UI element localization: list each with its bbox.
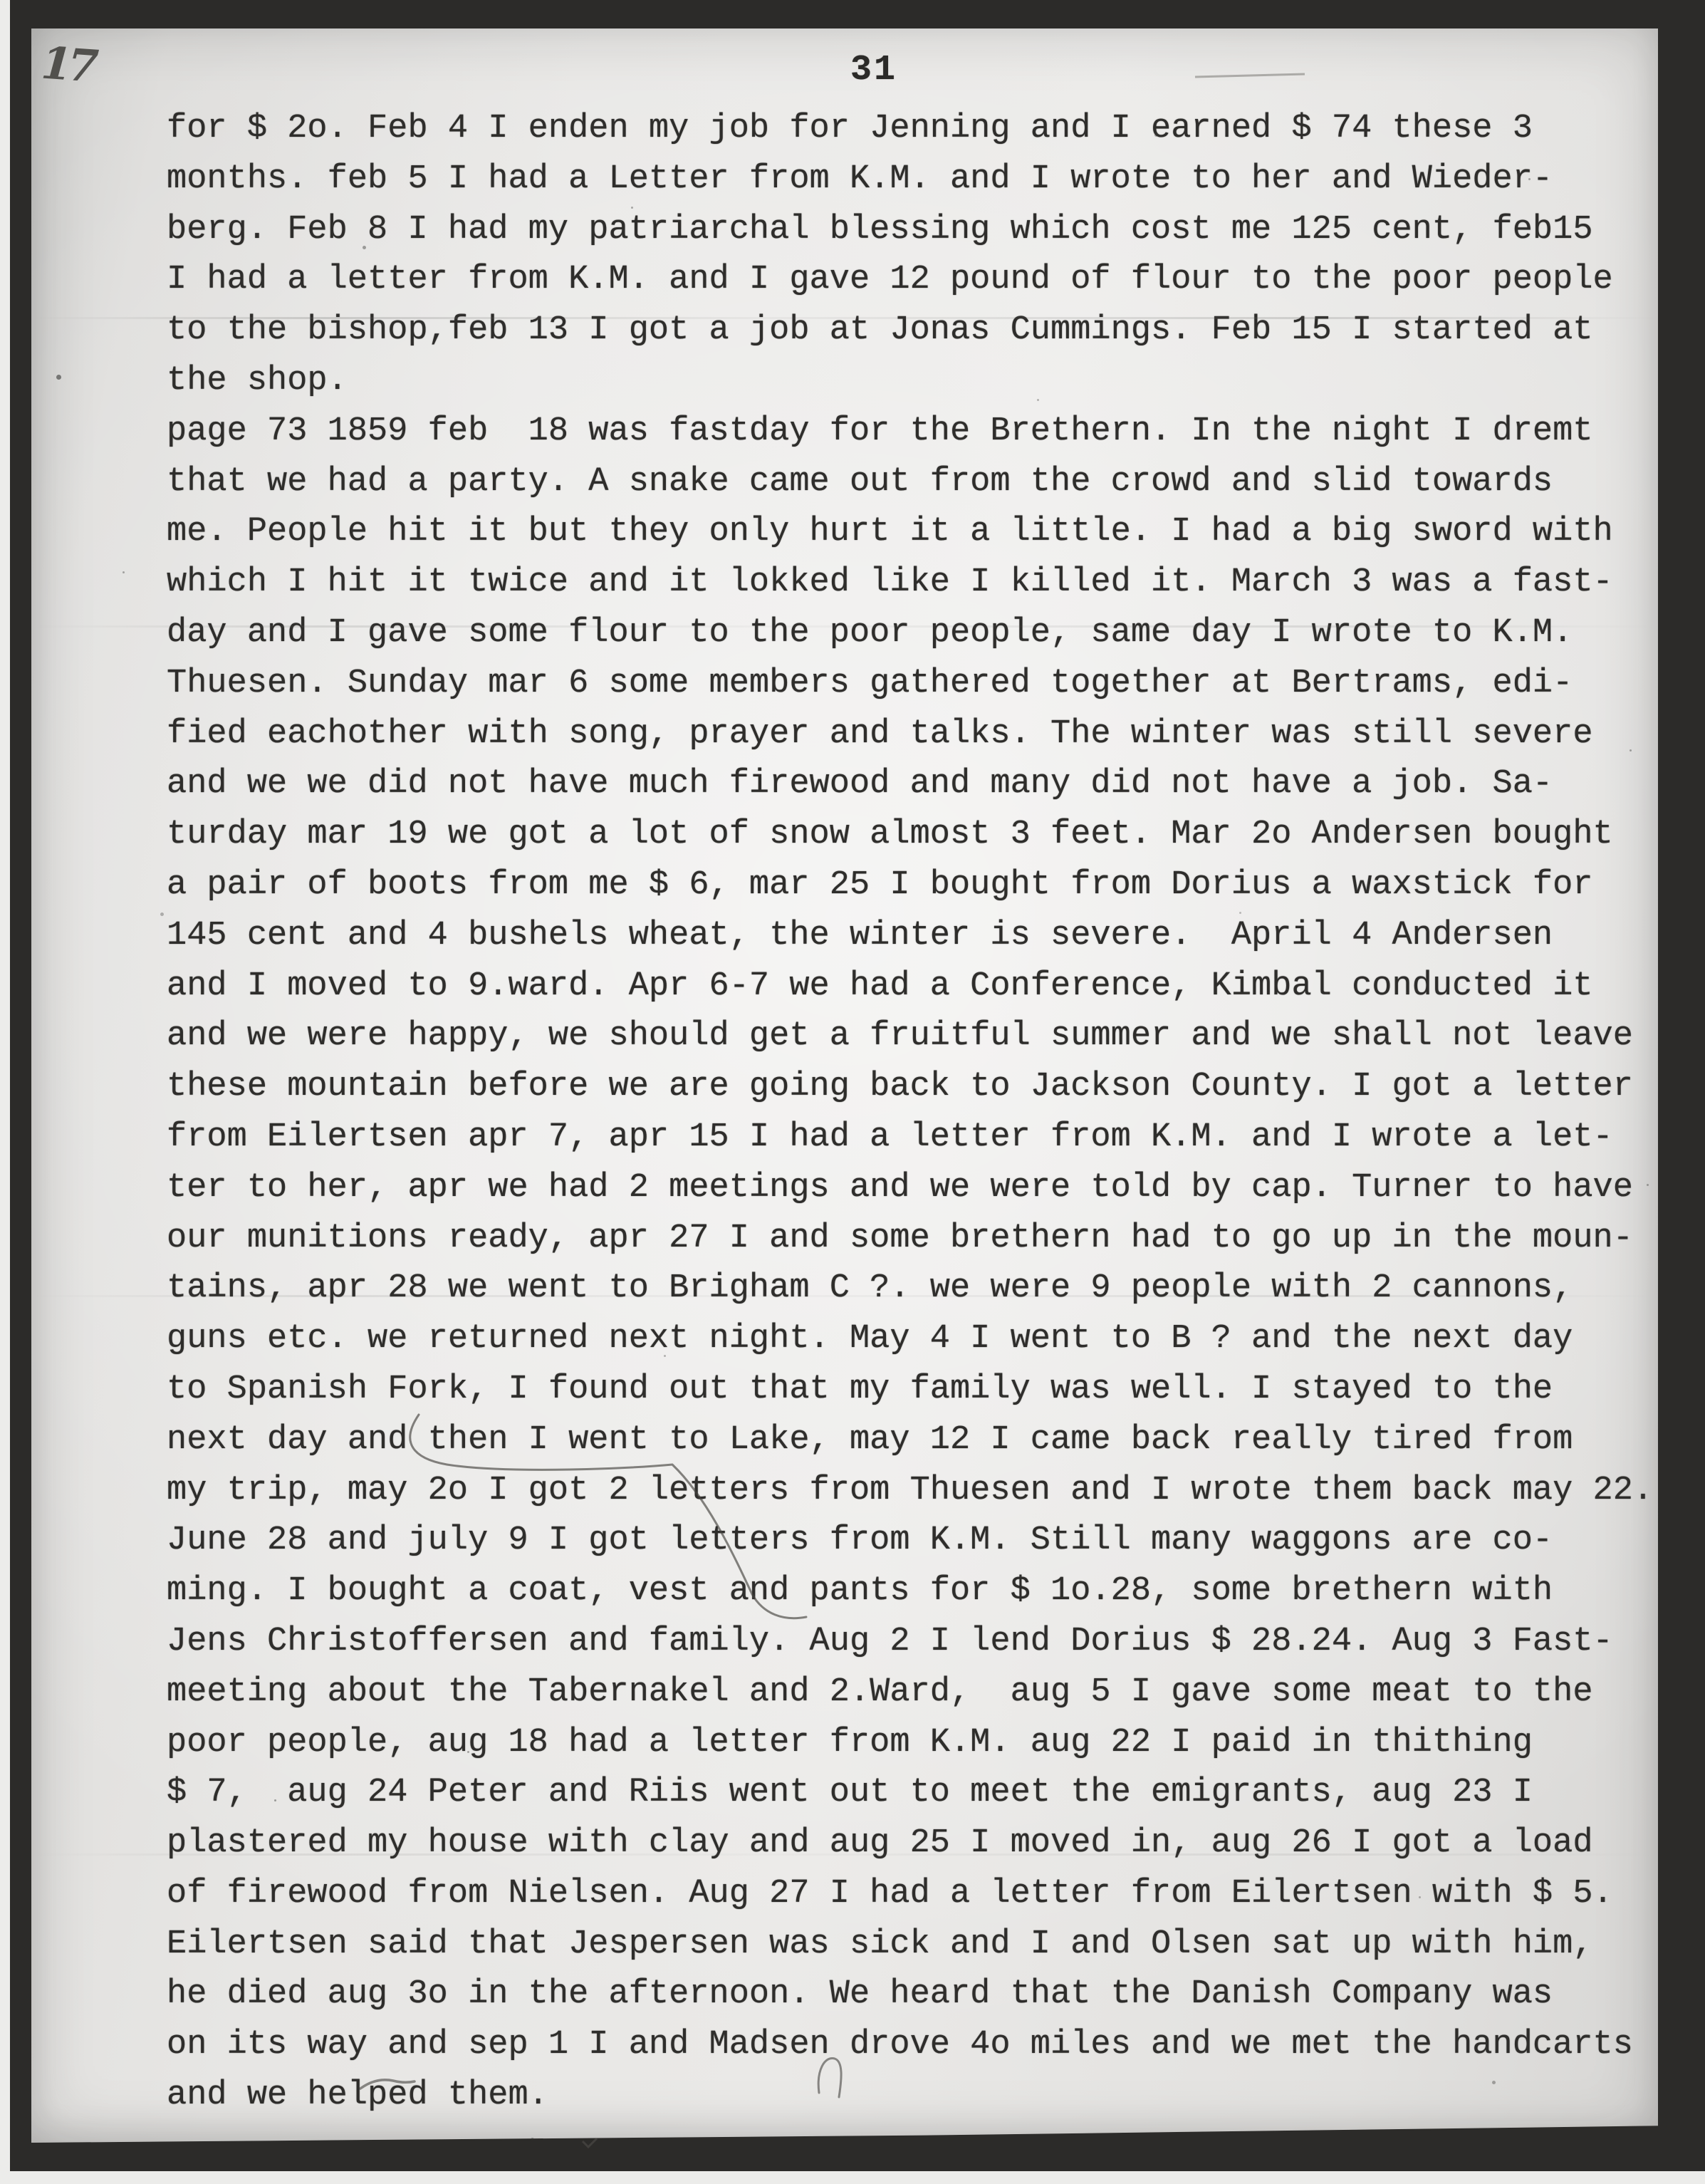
typed-line: poor people, aug 18 had a letter from K.… bbox=[167, 1718, 1658, 1769]
typed-line: plastered my house with clay and aug 25 … bbox=[167, 1819, 1658, 1869]
page-number: 31 bbox=[850, 50, 897, 90]
typed-line: June 28 and july 9 I got letters from K.… bbox=[167, 1516, 1658, 1566]
typed-line: Thuesen. Sunday mar 6 some members gathe… bbox=[167, 659, 1658, 709]
typed-line: me. People hit it but they only hurt it … bbox=[167, 507, 1658, 558]
typed-line: berg. Feb 8 I had my patriarchal blessin… bbox=[167, 205, 1658, 256]
typed-line: our munitions ready, apr 27 I and some b… bbox=[167, 1214, 1658, 1264]
typed-line: of firewood from Nielsen. Aug 27 I had a… bbox=[167, 1869, 1658, 1920]
typed-line: my trip, may 2o I got 2 letters from Thu… bbox=[167, 1466, 1658, 1517]
typed-line: and I moved to 9.ward. Apr 6-7 we had a … bbox=[167, 962, 1658, 1012]
typed-line: fied eachother with song, prayer and tal… bbox=[167, 709, 1658, 760]
typed-line: day and I gave some flour to the poor pe… bbox=[167, 608, 1658, 659]
typed-line: which I hit it twice and it lokked like … bbox=[167, 558, 1658, 608]
typed-line: I had a letter from K.M. and I gave 12 p… bbox=[167, 255, 1658, 306]
handwritten-page-annotation: 17 bbox=[40, 36, 96, 92]
typed-line: that we had a party. A snake came out fr… bbox=[167, 457, 1658, 508]
typed-line: for $ 2o. Feb 4 I enden my job for Jenni… bbox=[167, 104, 1658, 155]
typed-line: to Spanish Fork, I found out that my fam… bbox=[167, 1365, 1658, 1415]
typed-line: and we helped them. bbox=[167, 2071, 1658, 2121]
typed-line: turday mar 19 we got a lot of snow almos… bbox=[167, 810, 1658, 860]
typed-line: guns etc. we returned next night. May 4 … bbox=[167, 1314, 1658, 1365]
typed-line: meeting about the Tabernakel and 2.Ward,… bbox=[167, 1668, 1658, 1718]
typed-line: from Eilertsen apr 7, apr 15 I had a let… bbox=[167, 1113, 1658, 1163]
typed-line: ter to her, apr we had 2 meetings and we… bbox=[167, 1163, 1658, 1214]
typed-line: the shop. bbox=[167, 356, 1658, 407]
typed-line: tains, apr 28 we went to Brigham C ?. we… bbox=[167, 1264, 1658, 1314]
typed-line: and we we did not have much firewood and… bbox=[167, 759, 1658, 810]
typed-text-block: for $ 2o. Feb 4 I enden my job for Jenni… bbox=[167, 104, 1658, 2121]
typed-line: he died aug 3o in the afternoon. We hear… bbox=[167, 1970, 1658, 2020]
typed-line: ming. I bought a coat, vest and pants fo… bbox=[167, 1566, 1658, 1617]
typed-line: months. feb 5 I had a Letter from K.M. a… bbox=[167, 155, 1658, 205]
typed-line: 145 cent and 4 bushels wheat, the winter… bbox=[167, 911, 1658, 962]
typed-line: and we were happy, we should get a fruit… bbox=[167, 1012, 1658, 1062]
typed-line: on its way and sep 1 I and Madsen drove … bbox=[167, 2020, 1658, 2071]
scanned-document: 17 31 for $ 2o. Feb 4 I enden my job for… bbox=[0, 0, 1705, 2184]
document-page: 17 31 for $ 2o. Feb 4 I enden my job for… bbox=[31, 28, 1658, 2143]
typed-line: to the bishop,feb 13 I got a job at Jona… bbox=[167, 306, 1658, 356]
typed-line: $ 7, aug 24 Peter and Riis went out to m… bbox=[167, 1768, 1658, 1819]
typed-line: Eilertsen said that Jespersen was sick a… bbox=[167, 1920, 1658, 1970]
toner-specks bbox=[31, 28, 33, 31]
typed-line: a pair of boots from me $ 6, mar 25 I bo… bbox=[167, 860, 1658, 911]
typed-line: page 73 1859 feb 18 was fastday for the … bbox=[167, 407, 1658, 457]
typed-line: next day and then I went to Lake, may 12… bbox=[167, 1415, 1658, 1466]
typed-line: these mountain before we are going back … bbox=[167, 1062, 1658, 1113]
typed-line: Jens Christoffersen and family. Aug 2 I … bbox=[167, 1617, 1658, 1668]
